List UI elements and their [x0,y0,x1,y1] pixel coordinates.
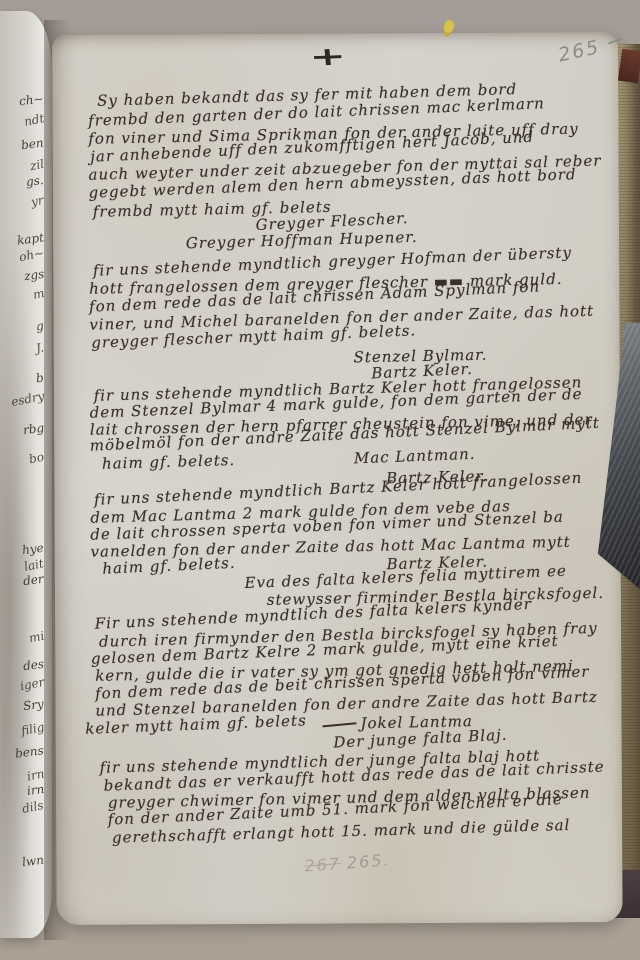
margin-fragment: dils [21,798,45,816]
margin-fragment: des [22,657,45,673]
folio-number-current: 265. [346,850,391,872]
margin-fragment: iger [19,675,46,693]
entry-heading: Greyger Hoffman Hupener. [186,228,418,252]
margin-fragment: lwn [21,853,44,870]
margin-fragment: irn [26,766,46,783]
margin-fragment: yr [30,193,45,209]
margin-fragment: der [23,572,45,588]
margin-fragment: ben [21,136,45,153]
book-cover-sliver-top [618,49,640,83]
margin-fragment: rbg [22,421,45,437]
margin-fragment: oh~ [18,246,45,265]
margin-fragment: irn [26,782,45,798]
margin-fragment: mi [28,629,46,646]
margin-fragment: Sry [22,697,44,713]
margin-fragment: esdry [10,389,46,409]
margin-fragment: ndt [23,111,46,129]
manuscript-page: + 265 Sy haben bekandt das sy fer mit ha… [52,32,623,925]
manuscript-photo: ch~ ndt ben zil gs. yr kapt oh~ zgs m g … [0,0,640,960]
margin-fragment: gs. [26,173,45,189]
margin-fragment: ch~ [19,92,45,109]
margin-fragment: kapt [16,230,44,247]
manuscript-line: haim gf. belets. [102,451,236,473]
margin-fragment: bens [15,743,45,760]
margin-fragment: zgs [23,267,45,283]
margin-fragment: filig [20,720,46,738]
margin-fragment: bo [28,450,45,467]
margin-fragment: zil [29,157,45,173]
margin-fragment: hye [22,541,45,558]
handwritten-text: Sy haben bekandt das sy fer mit haben de… [52,32,623,925]
margin-fragment: lait [23,556,45,573]
signature: Mac Lantman. [354,445,476,468]
folio-number-struck: 267 [304,854,342,876]
